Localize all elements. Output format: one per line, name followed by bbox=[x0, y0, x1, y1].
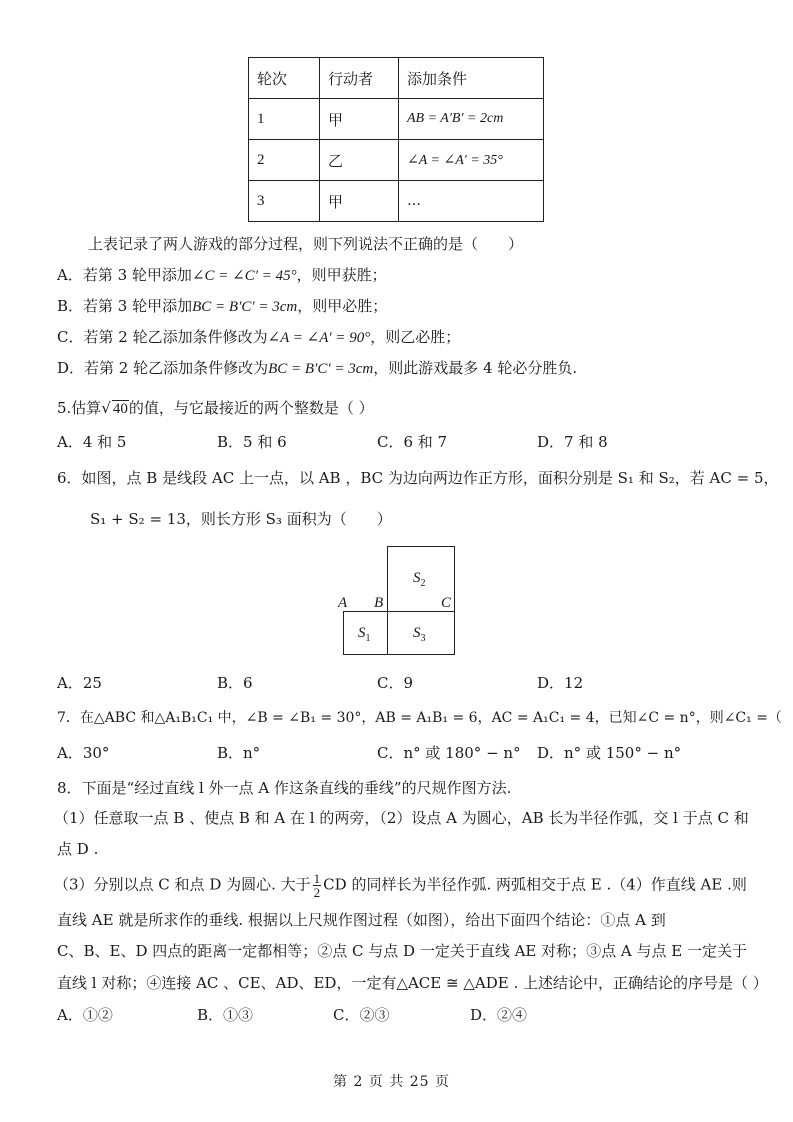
option-math: ∠C = ∠C′ = 45° bbox=[192, 268, 297, 284]
q7-option-d: D．n° 或 150° − n° bbox=[537, 742, 681, 763]
fraction-one-half: 12 bbox=[313, 872, 322, 899]
cell-round: 3 bbox=[249, 181, 320, 222]
q5-radicand: 40 bbox=[112, 400, 129, 417]
point-a-label: A bbox=[338, 595, 347, 612]
cell-actor: 乙 bbox=[320, 140, 399, 181]
q5-option-b: B．5 和 6 bbox=[217, 431, 287, 452]
q6-line1: 6．如图，点 B 是线段 AC 上一点，以 AB ，BC 为边向两边作正方形，面… bbox=[57, 467, 779, 488]
q4-stem: 上表记录了两人游戏的部分过程，则下列说法不正确的是（ ） bbox=[88, 233, 523, 254]
option-math: BC = B′C′ = 3cm bbox=[268, 361, 373, 377]
table-header-row: 轮次 行动者 添加条件 bbox=[249, 58, 544, 99]
q4-option-b: B．若第 3 轮甲添加BC = B′C′ = 3cm，则甲必胜； bbox=[57, 295, 387, 316]
q7-stem: 7．在△ABC 和△A₁B₁C₁ 中，∠B = ∠B₁ = 30°，AB = A… bbox=[57, 707, 793, 727]
page-number-footer: 第 2 页 共 25 页 bbox=[333, 1071, 450, 1091]
cell-actor: 甲 bbox=[320, 181, 399, 222]
point-b-label: B bbox=[374, 595, 383, 612]
cell-condition: ∠A = ∠A′ = 35° bbox=[399, 140, 544, 181]
q8-option-d: D．②④ bbox=[470, 1004, 527, 1025]
q6-option-a: A．25 bbox=[57, 672, 102, 693]
q8-line5: 直线 AE 就是所求作的垂线. 根据以上尺规作图过程（如图），给出下面四个结论：… bbox=[57, 909, 666, 930]
game-record-table: 轮次 行动者 添加条件 1 甲 AB = A′B′ = 2cm 2 乙 ∠A =… bbox=[248, 57, 544, 222]
q5-text: 5.估算 bbox=[57, 399, 101, 417]
q6-option-c: C．9 bbox=[377, 672, 413, 693]
q8-line6: C、B、E、D 四点的距离一定都相等；②点 C 与点 D 一定关于直线 AE 对… bbox=[57, 940, 747, 961]
option-label: A． bbox=[57, 266, 83, 284]
point-c-label: C bbox=[441, 595, 451, 612]
cell-round: 1 bbox=[249, 99, 320, 140]
s1-label: S1 bbox=[358, 625, 371, 644]
cell-round: 2 bbox=[249, 140, 320, 181]
option-text: ，则乙必胜； bbox=[370, 328, 460, 346]
table-row: 1 甲 AB = A′B′ = 2cm bbox=[249, 99, 544, 140]
option-text: 若第 3 轮甲添加 bbox=[83, 297, 192, 315]
s3-label: S3 bbox=[413, 625, 426, 644]
cell-condition: … bbox=[399, 181, 544, 222]
header-round: 轮次 bbox=[249, 58, 320, 99]
option-text: 若第 2 轮乙添加条件修改为 bbox=[84, 359, 268, 377]
q6-line2: S₁ + S₂ = 13，则长方形 S₃ 面积为（ ） bbox=[90, 508, 392, 529]
q8-option-a: A．①② bbox=[57, 1004, 113, 1025]
q8-text: CD 的同样长为半径作弧. 两弧相交于点 E .（4）作直线 AE .则 bbox=[323, 876, 747, 894]
q7-option-b: B．n° bbox=[217, 742, 260, 763]
q4-option-c: C．若第 2 轮乙添加条件修改为∠A = ∠A′ = 90°，则乙必胜； bbox=[57, 326, 460, 347]
table-row: 2 乙 ∠A = ∠A′ = 35° bbox=[249, 140, 544, 181]
option-math: BC = B′C′ = 3cm bbox=[192, 299, 297, 315]
option-label: C． bbox=[57, 328, 83, 346]
table-row: 3 甲 … bbox=[249, 181, 544, 222]
header-condition: 添加条件 bbox=[399, 58, 544, 99]
q8-text: （3）分别以点 C 和点 D 为圆心. 大于 bbox=[54, 876, 311, 894]
cell-condition: AB = A′B′ = 2cm bbox=[399, 99, 544, 140]
q8-option-b: B．①③ bbox=[197, 1004, 253, 1025]
q5-option-a: A．4 和 5 bbox=[57, 431, 126, 452]
q5-option-c: C．6 和 7 bbox=[377, 431, 447, 452]
q8-line4: （3）分别以点 C 和点 D 为圆心. 大于12CD 的同样长为半径作弧. 两弧… bbox=[54, 872, 747, 899]
option-text: ，则甲获胜； bbox=[297, 266, 387, 284]
q4-option-a: A．若第 3 轮甲添加∠C = ∠C′ = 45°，则甲获胜； bbox=[57, 264, 387, 285]
q8-line7: 直线 l 对称；④连接 AC 、CE、AD、ED，一定有△ACE ≅ △ADE … bbox=[57, 972, 768, 993]
q6-option-b: B．6 bbox=[217, 672, 253, 693]
q5-option-d: D．7 和 8 bbox=[537, 431, 608, 452]
option-label: D． bbox=[57, 359, 84, 377]
s2-label: S2 bbox=[413, 570, 426, 589]
option-text: 若第 2 轮乙添加条件修改为 bbox=[83, 328, 267, 346]
option-label: B． bbox=[57, 297, 83, 315]
option-text: 若第 3 轮甲添加 bbox=[83, 266, 192, 284]
q4-option-d: D．若第 2 轮乙添加条件修改为BC = B′C′ = 3cm，则此游戏最多 4… bbox=[57, 357, 577, 378]
q5-stem: 5.估算√40的值，与它最接近的两个整数是（ ） bbox=[57, 397, 374, 418]
q8-line1: 8．下面是“经过直线 l 外一点 A 作这条直线的垂线”的尺规作图方法. bbox=[57, 777, 511, 798]
option-text: ，则甲必胜； bbox=[297, 297, 387, 315]
option-math: ∠A = ∠A′ = 90° bbox=[268, 330, 371, 346]
q8-option-c: C．②③ bbox=[333, 1004, 389, 1025]
q5-text: 的值，与它最接近的两个整数是（ ） bbox=[129, 399, 374, 417]
option-text: ，则此游戏最多 4 轮必分胜负. bbox=[373, 359, 577, 377]
sqrt-sign: √ bbox=[101, 399, 111, 417]
header-actor: 行动者 bbox=[320, 58, 399, 99]
q7-option-c: C．n° 或 180° − n° bbox=[377, 742, 521, 763]
q6-figure: A B C S2 S1 S3 bbox=[320, 540, 480, 665]
q8-line3: 点 D . bbox=[57, 838, 98, 859]
cell-actor: 甲 bbox=[320, 99, 399, 140]
q7-option-a: A．30° bbox=[57, 742, 109, 763]
q8-line2: （1）任意取一点 B 、使点 B 和 A 在 l 的两旁，（2）设点 A 为圆心… bbox=[54, 807, 749, 828]
q6-option-d: D．12 bbox=[537, 672, 583, 693]
